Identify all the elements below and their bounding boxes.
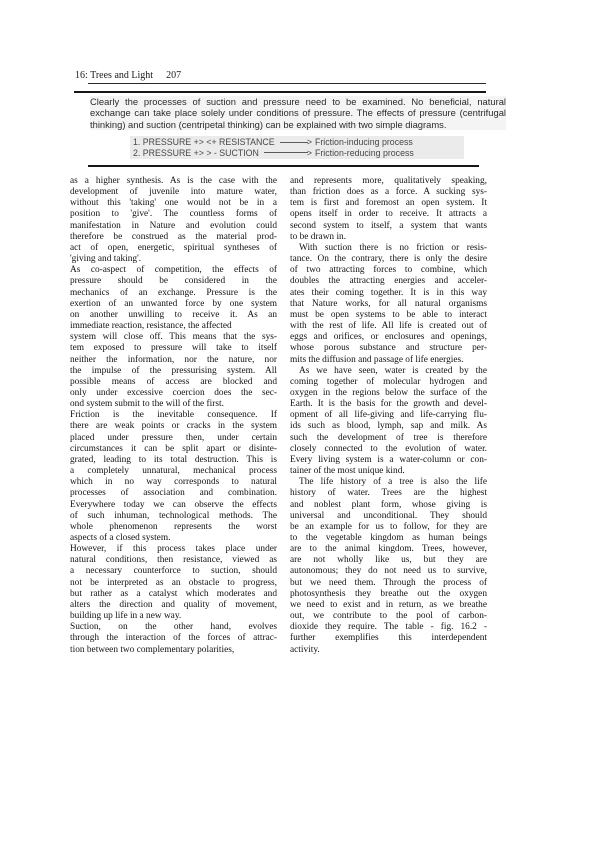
paragraph: Friction is the inevitable consequence. … bbox=[70, 410, 277, 544]
text-line: tainer of the most unique kind. bbox=[290, 466, 487, 477]
text-line: whole phenomenon represents the worst bbox=[70, 522, 277, 533]
text-line: therefore be construed as the material p… bbox=[70, 232, 277, 243]
text-line: development of juvenile into mature wate… bbox=[70, 187, 277, 198]
arrow-shaft bbox=[280, 142, 308, 143]
text-line: are to the animal kingdom. Trees, howeve… bbox=[290, 544, 487, 555]
text-line: the impulse of the pressurising system. … bbox=[70, 366, 277, 377]
text-line: with the rest of life. All life is creat… bbox=[290, 321, 487, 332]
paragraph: With suction there is no friction or res… bbox=[290, 243, 487, 366]
text-line: tem exposed to pressure will take to its… bbox=[70, 343, 277, 354]
text-line: mits the diffusion and passage of life e… bbox=[290, 355, 487, 366]
paragraph: Suction, on the other hand, evolvesthrou… bbox=[70, 622, 277, 655]
text-line: of such inhuman, technological methods. … bbox=[70, 511, 277, 522]
mid-divider-rule bbox=[88, 165, 479, 167]
text-line: mechanics of an exchange. Pressure is th… bbox=[70, 288, 277, 299]
text-line: processes of association and combination… bbox=[70, 488, 277, 499]
text-line: Earth. It is the basis for the growth an… bbox=[290, 399, 487, 410]
text-line: coming together of molecular hydrogen an… bbox=[290, 377, 487, 388]
text-line: a completely unnatural, mechanical proce… bbox=[70, 466, 277, 477]
page-header: 16: Trees and Light207 bbox=[75, 70, 181, 81]
text-line: whose porous substance and structure per… bbox=[290, 343, 487, 354]
diagram-row-pressure-resistance: 1. PRESSURE +> <+ RESISTANCE > Friction-… bbox=[133, 137, 461, 148]
text-line: However, if this process takes place und… bbox=[70, 544, 277, 555]
diagram-result: Friction-inducing process bbox=[315, 137, 461, 148]
text-line: as a higher synthesis. As is the case wi… bbox=[70, 176, 277, 187]
text-line: and noblest plant form, whose giving is bbox=[290, 500, 487, 511]
text-line: to be drawn in. bbox=[290, 232, 487, 243]
text-line: further exemplifies this interdependent bbox=[290, 633, 487, 644]
text-line: we need to exist and in return, as we br… bbox=[290, 600, 487, 611]
text-line: but rather as a catalyst which moderates… bbox=[70, 589, 277, 600]
text-line: are not wholly like us, but they are bbox=[290, 555, 487, 566]
text-line: system will close off. This means that t… bbox=[70, 332, 277, 343]
text-line: and represents more, qualitatively speak… bbox=[290, 176, 487, 187]
paragraph: as a higher synthesis. As is the case wi… bbox=[70, 176, 277, 265]
paragraph: The life history of a tree is also the l… bbox=[290, 477, 487, 656]
text-line: possible means of access are blocked and bbox=[70, 377, 277, 388]
text-line: than friction does as a force. A sucking… bbox=[290, 187, 487, 198]
text-line: Suction, on the other hand, evolves bbox=[70, 622, 277, 633]
text-line: building up life in a new way. bbox=[70, 611, 277, 622]
paragraph: As we have seen, water is created by the… bbox=[290, 366, 487, 478]
text-line: exertion of an unwanted force by one sys… bbox=[70, 299, 277, 310]
text-line: universal and unconditional. They should bbox=[290, 511, 487, 522]
text-line: but we need them. Through the process of bbox=[290, 578, 487, 589]
text-line: autonomous; they do not need us to survi… bbox=[290, 566, 487, 577]
text-line: second system to itself, a system that w… bbox=[290, 221, 487, 232]
text-line: of two attracting forces to combine, whi… bbox=[290, 265, 487, 276]
text-line: oxygen in the regions below the surface … bbox=[290, 388, 487, 399]
text-line: must be open systems to be able to inter… bbox=[290, 310, 487, 321]
text-line: tem is first and foremost an open system… bbox=[290, 198, 487, 209]
text-line: there are weak points or cracks in the s… bbox=[70, 421, 277, 432]
text-line: As we have seen, water is created by the bbox=[290, 366, 487, 377]
text-line: activity. bbox=[290, 645, 487, 656]
chapter-title: 16: Trees and Light bbox=[75, 70, 153, 81]
text-line: aspects of a closed system. bbox=[70, 533, 277, 544]
text-line: out, we contribute to the pool of carbon… bbox=[290, 611, 487, 622]
arrow-icon: > bbox=[264, 148, 312, 159]
text-line: With suction there is no friction or res… bbox=[290, 243, 487, 254]
text-line: without this 'taking' one would not be i… bbox=[70, 198, 277, 209]
text-line: dioxide they require. The table - fig. 1… bbox=[290, 622, 487, 633]
text-line: doubles the attracting energies and acce… bbox=[290, 276, 487, 287]
text-line: Friction is the inevitable consequence. … bbox=[70, 410, 277, 421]
top-divider-rule bbox=[74, 91, 486, 93]
text-line: natural conditions, then resistance, vie… bbox=[70, 555, 277, 566]
text-line: alters the direction and quality of move… bbox=[70, 600, 277, 611]
text-line: that Nature works, for all natural organ… bbox=[290, 299, 487, 310]
pressure-suction-diagram: 1. PRESSURE +> <+ RESISTANCE > Friction-… bbox=[130, 136, 464, 159]
text-line: ids such as blood, lymph, sap and milk. … bbox=[290, 421, 487, 432]
text-line: eggs and orifices, or enclosures and ope… bbox=[290, 332, 487, 343]
text-line: opment of all life-giving and life-carry… bbox=[290, 410, 487, 421]
diagram-label: 2. PRESSURE +> > - SUCTION bbox=[133, 148, 259, 159]
right-column: and represents more, qualitatively speak… bbox=[290, 176, 487, 656]
text-line: 'giving and taking'. bbox=[70, 254, 277, 265]
arrow-shaft bbox=[264, 152, 308, 153]
paragraph: As co-aspect of competition, the effects… bbox=[70, 265, 277, 410]
text-line: ond system submit to the will of the fir… bbox=[70, 399, 277, 410]
text-line: through the interaction of the forces of… bbox=[70, 633, 277, 644]
text-line: position to 'give'. The countless forms … bbox=[70, 209, 277, 220]
arrow-head-icon: > bbox=[307, 148, 312, 159]
header-underline-rule bbox=[88, 83, 486, 84]
text-line: photosynthesis they breathe out the oxyg… bbox=[290, 589, 487, 600]
arrow-icon: > bbox=[280, 137, 312, 148]
text-line: only under excessive coercion does the s… bbox=[70, 388, 277, 399]
arrow-head-icon: > bbox=[307, 137, 312, 148]
text-line: grated, leading to its total destruction… bbox=[70, 455, 277, 466]
text-line: ates their coming together. It is in thi… bbox=[290, 288, 487, 299]
text-line: closely connected to the evolution of wa… bbox=[290, 444, 487, 455]
text-line: As co-aspect of competition, the effects… bbox=[70, 265, 277, 276]
left-column: as a higher synthesis. As is the case wi… bbox=[70, 176, 277, 656]
text-line: to the vegetable kingdom as human beings bbox=[290, 533, 487, 544]
text-columns: as a higher synthesis. As is the case wi… bbox=[70, 176, 487, 656]
diagram-label: 1. PRESSURE +> <+ RESISTANCE bbox=[133, 137, 275, 148]
text-line: which in no way corresponds to natural bbox=[70, 477, 277, 488]
text-line: neither the information, nor the nature,… bbox=[70, 355, 277, 366]
text-line: Everywhere today we can observe the effe… bbox=[70, 500, 277, 511]
book-page: 16: Trees and Light207 Clearly the proce… bbox=[0, 0, 595, 842]
text-line: circumstances it can be split apart or d… bbox=[70, 444, 277, 455]
diagram-result: Friction-reducing process bbox=[315, 148, 461, 159]
text-line: tance. On the contrary, there is only th… bbox=[290, 254, 487, 265]
text-line: be an example for us to follow, for they… bbox=[290, 522, 487, 533]
paragraph: and represents more, qualitatively speak… bbox=[290, 176, 487, 243]
text-line: opens itself in order to receive. It att… bbox=[290, 209, 487, 220]
diagram-row-pressure-suction: 2. PRESSURE +> > - SUCTION > Friction-re… bbox=[133, 148, 461, 159]
text-line: immediate reaction, resistance, the affe… bbox=[70, 321, 277, 332]
paragraph: However, if this process takes place und… bbox=[70, 544, 277, 622]
text-line: pressure should be considered in the bbox=[70, 276, 277, 287]
text-line: The life history of a tree is also the l… bbox=[290, 477, 487, 488]
text-line: placed under pressure then, under certai… bbox=[70, 433, 277, 444]
intro-paragraph: Clearly the processes of suction and pre… bbox=[90, 96, 506, 130]
text-line: such the development of tree is therefor… bbox=[290, 433, 487, 444]
text-line: history of water. Trees are the highest bbox=[290, 488, 487, 499]
page-number: 207 bbox=[166, 70, 181, 81]
text-line: a necessary counterforce to suction, sho… bbox=[70, 566, 277, 577]
text-line: not be interpreted as an obstacle to pro… bbox=[70, 578, 277, 589]
text-line: tion between two complementary polaritie… bbox=[70, 645, 277, 656]
text-line: Every living system is a water-column or… bbox=[290, 455, 487, 466]
text-line: manifestation in Nature and evolution co… bbox=[70, 221, 277, 232]
text-line: act of open, energetic, spiritual synthe… bbox=[70, 243, 277, 254]
text-line: on another unwilling to receive it. As a… bbox=[70, 310, 277, 321]
